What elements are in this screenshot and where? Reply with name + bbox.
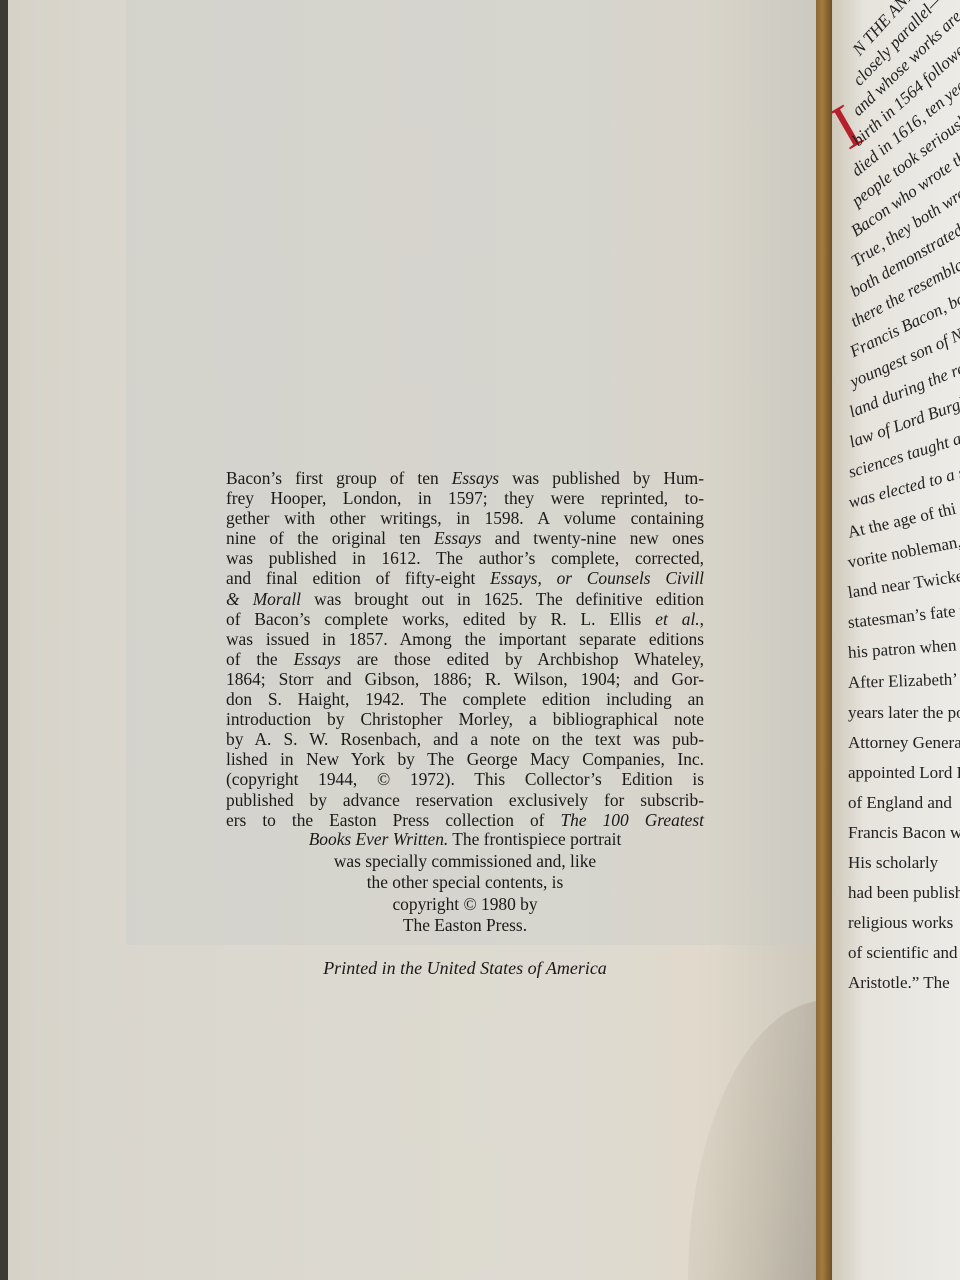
text-run: frey Hooper, London, in 1597; they were … [226, 488, 704, 508]
text-line: introduction by Christopher Morley, a bi… [226, 709, 704, 729]
book-gutter [816, 0, 832, 1280]
text-run: published by advance reservation exclusi… [226, 790, 704, 810]
text-line: don S. Haight, 1942. The complete editio… [226, 689, 704, 709]
text-line: copyright © 1980 by [226, 894, 704, 916]
facing-page-line: appointed Lord K [848, 760, 960, 786]
text-line: the other special contents, is [226, 872, 704, 894]
italic-title: The 100 Greatest [560, 810, 704, 830]
text-run: (copyright 1944, © 1972). This Collector… [226, 769, 704, 789]
italic-title: et al. [655, 609, 699, 629]
text-line: published by advance reservation exclusi… [226, 790, 704, 810]
text-run: nine of the original ten [226, 528, 434, 548]
colophon-paragraph: Bacon’s first group of ten Essays was pu… [226, 468, 704, 830]
text-line: nine of the original ten Essays and twen… [226, 528, 704, 548]
text-run: introduction by Christopher Morley, a bi… [226, 709, 704, 729]
facing-page-line: Attorney General [848, 730, 960, 756]
text-line: and final edition of fifty-eight Essays,… [226, 568, 704, 588]
text-line: was specially commissioned and, like [226, 851, 704, 873]
text-run: by A. S. W. Rosenbach, and a note on the… [226, 729, 704, 749]
text-run: was brought out in 1625. The definitive … [301, 589, 704, 609]
facing-page-line: His scholarly [848, 850, 938, 876]
text-line: Bacon’s first group of ten Essays was pu… [226, 468, 704, 488]
text-run: was published by Hum- [499, 468, 704, 488]
text-run: don S. Haight, 1942. The complete editio… [226, 689, 704, 709]
italic-title: Essays [434, 528, 481, 548]
italic-title: Books Ever Written. [309, 829, 449, 849]
text-run: The frontispiece portrait [448, 829, 621, 849]
text-line: ers to the Easton Press collection of Th… [226, 810, 704, 830]
italic-title: Essays [294, 649, 341, 669]
text-line: The Easton Press. [226, 915, 704, 937]
text-run: of Bacon’s complete works, edited by R. … [226, 609, 655, 629]
facing-page-line: of England and [848, 790, 952, 816]
italic-title: Essays [452, 468, 499, 488]
facing-page-line: had been publish [848, 880, 960, 906]
facing-page-line: religious works [848, 910, 953, 936]
text-line: of the Essays are those edited by Archbi… [226, 649, 704, 669]
facing-page-line: Francis Bacon wa [848, 820, 960, 846]
text-run: the other special contents, is [367, 872, 564, 892]
text-line: (copyright 1944, © 1972). This Collector… [226, 769, 704, 789]
text-run: , [700, 609, 704, 629]
book-photo: I N THE ANNALSclosely parallel—thand who… [0, 0, 960, 1280]
text-run: and final edition of fifty-eight [226, 568, 490, 588]
facing-page-line: Aristotle.” The [848, 970, 950, 996]
facing-page-line: years later the po [848, 700, 960, 726]
text-run: The Easton Press. [403, 915, 527, 935]
text-line: lished in New York by The George Macy Co… [226, 749, 704, 769]
text-run: gether with other writings, in 1598. A v… [226, 508, 704, 528]
colophon-centered-lines: Books Ever Written. The frontispiece por… [226, 829, 704, 937]
text-run: copyright © 1980 by [392, 894, 537, 914]
text-line: gether with other writings, in 1598. A v… [226, 508, 704, 528]
text-run: lished in New York by The George Macy Co… [226, 749, 704, 769]
text-line: of Bacon’s complete works, edited by R. … [226, 609, 704, 629]
text-run: was specially commissioned and, like [334, 851, 596, 871]
text-run: ers to the Easton Press collection of [226, 810, 560, 830]
text-line: 1864; Storr and Gibson, 1886; R. Wilson,… [226, 669, 704, 689]
facing-page-line: of scientific and [848, 940, 958, 966]
italic-title: & Morall [226, 589, 301, 609]
text-run: was published in 1612. The author’s comp… [226, 548, 704, 568]
text-line: & Morall was brought out in 1625. The de… [226, 589, 704, 609]
text-run: are those edited by Archbishop Whateley, [341, 649, 704, 669]
text-line: by A. S. W. Rosenbach, and a note on the… [226, 729, 704, 749]
text-line: was issued in 1857. Among the important … [226, 629, 704, 649]
text-run: of the [226, 649, 294, 669]
page-curl-shadow [688, 1000, 828, 1280]
text-run: Bacon’s first group of ten [226, 468, 452, 488]
text-run: was issued in 1857. Among the important … [226, 629, 704, 649]
text-run: 1864; Storr and Gibson, 1886; R. Wilson,… [226, 669, 704, 689]
text-line: frey Hooper, London, in 1597; they were … [226, 488, 704, 508]
text-line: Books Ever Written. The frontispiece por… [226, 829, 704, 851]
italic-title: Essays, or Counsels Civill [490, 568, 704, 588]
text-run: and twenty-nine new ones [481, 528, 704, 548]
printed-in-imprint: Printed in the United States of America [226, 958, 704, 979]
text-line: was published in 1612. The author’s comp… [226, 548, 704, 568]
facing-page-line: his patron when Es [847, 631, 960, 666]
facing-page: I N THE ANNALSclosely parallel—thand who… [832, 0, 960, 1280]
facing-page-line: After Elizabeth’ [848, 667, 959, 696]
